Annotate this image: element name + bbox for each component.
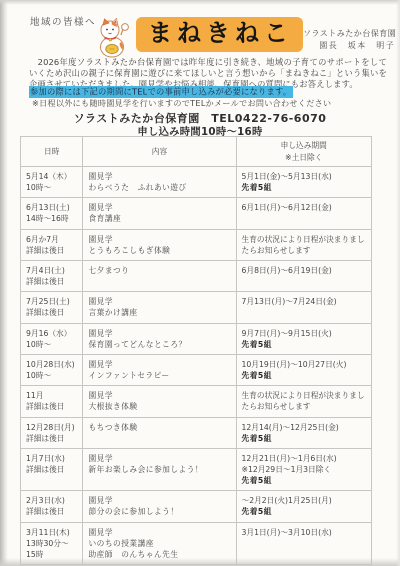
logo-title: まねきねこ: [136, 17, 303, 52]
cell-line: 3月11日(木): [26, 528, 70, 537]
cell-line: 15時: [26, 550, 43, 559]
cell-content: 園見学インファントセラピー: [83, 354, 236, 385]
org-block: ソラストみたか台保育園 園長 坂本 明子: [303, 17, 400, 53]
cell-period: 10月19日(月)～10月27日(火)先着5組: [236, 354, 372, 385]
cell-datetime: 6月13日(土)14時～16時: [21, 198, 83, 229]
cell-line: 12月21日(月)～1月6日(水): [242, 454, 337, 463]
flyer-page: 地域の皆様へ: [0, 0, 400, 566]
cell-period: 12月21日(月)～1月6日(水)※12月29日～1月3日除く先着5組: [236, 448, 372, 490]
cell-line: 6月13日(土): [26, 203, 70, 212]
cell-datetime: 9月16（水）10時～: [21, 323, 83, 354]
cell-line: 詳細は後日: [26, 402, 64, 411]
cell-line: 3月1日(月)～3月10日(水): [242, 528, 332, 537]
cell-line: 先着5組: [242, 183, 272, 192]
cell-line: 園見学: [88, 203, 113, 212]
table-row: 10月28日(水)10時～園見学インファントセラピー10月19日(月)～10月2…: [21, 354, 372, 385]
cell-line: 9月16（水）: [26, 329, 71, 338]
cell-line: 大根抜き体験: [88, 402, 137, 411]
cell-content: 園見学新年お楽しみ会に参加しよう！: [83, 448, 236, 490]
cell-line: 11月: [26, 391, 43, 400]
table-header-row: 日時内容申し込み期間※土日除く: [21, 137, 372, 167]
cell-line: 先着5組: [242, 476, 272, 485]
column-header: 日時: [21, 137, 83, 167]
org-head: 園長 坂本 明子: [303, 40, 396, 52]
table-row: 12月28日(月)詳細は後日もちつき体験12月14(月)～12月25日(金)先着…: [21, 417, 372, 448]
cell-line: 10時～: [26, 340, 51, 349]
table-row: 7月25日(土)詳細は後日園見学言葉かけ講座7月13日(月)～7月24日(金): [21, 292, 372, 323]
cell-line: いのちの授業講座: [88, 539, 154, 548]
cell-datetime: 6月か7月詳細は後日: [21, 229, 83, 260]
cell-content: 七夕まつり: [83, 260, 236, 291]
cell-line: 10時～: [26, 183, 51, 192]
cell-line: 園見学: [88, 454, 113, 463]
cell-datetime: 10月28日(水)10時～: [21, 354, 83, 385]
cell-line: わらべうた ふれあい遊び: [88, 183, 186, 192]
cell-line: 園見学: [88, 329, 113, 338]
cell-line: 先着5組: [242, 371, 272, 380]
cell-period: 6月8日(月)～6月19日(金): [236, 260, 372, 291]
cell-line: 七夕まつり: [88, 266, 129, 275]
cell-line: とうもろこしもぎ体験: [88, 246, 170, 255]
cell-line: 5月1日(金)～5月13日(水): [242, 172, 332, 181]
cell-line: 保育園ってどんなところ？: [88, 340, 186, 349]
cell-content: 園見学保育園ってどんなところ？: [83, 323, 236, 354]
table-row: 5月14（木）10時～園見学わらべうた ふれあい遊び5月1日(金)～5月13日(…: [21, 167, 372, 198]
cell-line: 園見学: [88, 360, 113, 369]
scan-edge-top: [0, 0, 400, 5]
table-row: 7月4日(土)詳細は後日七夕まつり6月8日(月)～6月19日(金): [21, 260, 372, 291]
cell-line: 7月25日(土): [26, 297, 70, 306]
cell-period: 9月7日(月)～9月15日(火)先着5組: [236, 323, 372, 354]
cell-line: 14時～16時: [26, 214, 69, 223]
cell-datetime: 7月4日(土)詳細は後日: [21, 260, 83, 291]
cell-datetime: 2月3日(水)詳細は後日: [21, 491, 83, 522]
maneki-neko-cat-icon: [95, 18, 132, 58]
cell-line: インファントセラピー: [88, 371, 169, 380]
cell-period: 3月1日(月)～3月10日(水): [236, 522, 372, 564]
cell-line: 日時: [44, 147, 59, 156]
cell-line: ※12月29日～1月3日除く: [242, 465, 332, 474]
cell-line: 6月か7月: [26, 235, 59, 244]
cell-line: 詳細は後日: [26, 246, 64, 255]
cell-line: 12月28日(月): [26, 423, 75, 432]
cell-line: 先着5組: [242, 340, 272, 349]
cell-line: 園見学: [88, 528, 113, 537]
cell-line: 9月7日(月)～9月15日(火): [242, 329, 332, 338]
cell-datetime: 7月25日(土)詳細は後日: [21, 292, 83, 323]
cell-period: 12月14(月)～12月25日(金)先着5組: [236, 417, 372, 448]
cell-datetime: 3月11日(木)13時30分～15時: [21, 522, 83, 564]
cell-line: 詳細は後日: [26, 434, 64, 443]
table-row: 6月か7月詳細は後日園見学とうもろこしもぎ体験生育の状況により日程が決まりました…: [21, 229, 372, 260]
cell-datetime: 1月7日(水)詳細は後日: [21, 448, 83, 490]
cell-line: ※土日除く: [285, 153, 322, 162]
scan-edge-right: [396, 0, 400, 566]
cell-line: 7月13日(月)～7月24日(金): [242, 297, 337, 306]
table-row: 1月7日(水)詳細は後日園見学新年お楽しみ会に参加しよう！12月21日(月)～1…: [21, 448, 372, 490]
cell-line: 園見学: [88, 172, 113, 181]
scan-edge-left: [0, 0, 8, 566]
table-row: 9月16（水）10時～園見学保育園ってどんなところ？9月7日(月)～9月15日(…: [21, 323, 372, 354]
cell-content: 園見学わらべうた ふれあい遊び: [83, 167, 236, 198]
cell-line: 1月7日(水): [26, 454, 65, 463]
cell-line: 12月14(月)～12月25日(金): [242, 423, 339, 432]
table-row: 3月11日(木)13時30分～15時園見学いのちの授業講座助産師 のんちゃん先生…: [21, 522, 372, 564]
cell-line: 生育の状況により日程が決まりましたらお知らせします: [242, 391, 365, 411]
cell-line: 園見学: [88, 235, 113, 244]
cell-period: 5月1日(金)～5月13日(水)先着5組: [236, 167, 372, 198]
cell-content: 園見学とうもろこしもぎ体験: [83, 229, 236, 260]
cell-line: 言葉かけ講座: [88, 308, 137, 317]
table-body: 5月14（木）10時～園見学わらべうた ふれあい遊び5月1日(金)～5月13日(…: [21, 167, 372, 565]
column-header: 申し込み期間※土日除く: [236, 137, 372, 167]
cell-datetime: 12月28日(月)詳細は後日: [21, 417, 83, 448]
cell-line: 新年お楽しみ会に参加しよう！: [88, 465, 203, 474]
table-row: 6月13日(土)14時～16時園見学食育講座6月1日(月)～6月12日(金): [21, 198, 372, 229]
table-row: 2月3日(水)詳細は後日園見学節分の会に参加しよう！～2月2日(火)1月25日(…: [21, 491, 372, 522]
cell-line: 5月14（木）: [26, 172, 71, 181]
cell-period: ～2月2日(火)1月25日(月)先着5組: [236, 491, 372, 522]
cell-line: 詳細は後日: [26, 507, 64, 516]
cell-line: 7月4日(土): [26, 266, 65, 275]
cell-line: 内容: [152, 147, 167, 156]
table-row: 11月詳細は後日園見学大根抜き体験生育の状況により日程が決まりましたらお知らせし…: [21, 386, 372, 417]
cell-period: 生育の状況により日程が決まりましたらお知らせします: [236, 229, 372, 260]
cell-line: 10月19日(月)～10月27日(火): [242, 360, 347, 369]
cell-line: ～2月2日(火)1月25日(月): [242, 496, 332, 505]
logo-row: まねきねこ ソラストみたか台保育園 園長 坂本 明子: [95, 17, 394, 58]
cell-line: 6月1日(月)～6月12日(金): [242, 203, 332, 212]
cell-line: 助産師 のんちゃん先生: [88, 550, 178, 559]
cell-content: 園見学節分の会に参加しよう！: [83, 491, 236, 522]
cell-content: 園見学いのちの授業講座助産師 のんちゃん先生: [83, 522, 236, 564]
cell-content: 園見学食育講座: [83, 198, 236, 229]
cell-line: 先着5組: [242, 434, 272, 443]
cell-line: 詳細は後日: [26, 308, 64, 317]
cell-line: 園見学: [88, 297, 113, 306]
cell-line: 食育講座: [88, 214, 121, 223]
highlight-notice: 参加の際には下記の期間にTELでの事前申し込みが必要になります。: [29, 86, 293, 98]
cell-line: 10月28日(水): [26, 360, 75, 369]
column-header: 内容: [83, 137, 236, 167]
note-line: ※日程以外にも随時園見学を行いますのでTELかメールでお問い合わせください: [32, 98, 331, 109]
org-name: ソラストみたか台保育園: [303, 28, 396, 40]
cell-line: 詳細は後日: [26, 277, 64, 286]
cell-content: 園見学言葉かけ講座: [83, 292, 236, 323]
cell-line: 園見学: [88, 496, 113, 505]
cell-datetime: 5月14（木）10時～: [21, 167, 83, 198]
audience-label: 地域の皆様へ: [30, 14, 96, 28]
cell-line: 節分の会に参加しよう！: [88, 507, 178, 516]
cell-period: 6月1日(月)～6月12日(金): [236, 198, 372, 229]
cell-line: 申し込み期間: [281, 141, 327, 150]
cell-line: 2月3日(水): [26, 496, 65, 505]
schedule-table: 日時内容申し込み期間※土日除く 5月14（木）10時～園見学わらべうた ふれあい…: [20, 136, 372, 565]
cell-line: 詳細は後日: [26, 465, 64, 474]
cell-line: 生育の状況により日程が決まりましたらお知らせします: [242, 235, 365, 255]
cell-line: 10時～: [26, 371, 51, 380]
cell-line: 6月8日(月)～6月19日(金): [242, 266, 332, 275]
cell-line: 園見学: [88, 391, 113, 400]
cell-content: もちつき体験: [83, 417, 236, 448]
cell-content: 園見学大根抜き体験: [83, 386, 236, 417]
cell-line: 13時30分～: [26, 539, 69, 548]
cell-datetime: 11月詳細は後日: [21, 386, 83, 417]
highlight-line: 参加の際には下記の期間にTELでの事前申し込みが必要になります。: [29, 87, 293, 98]
cell-line: もちつき体験: [88, 423, 137, 432]
cell-period: 生育の状況により日程が決まりましたらお知らせします: [236, 386, 372, 417]
cell-line: 先着5組: [242, 507, 272, 516]
cell-period: 7月13日(月)～7月24日(金): [236, 292, 372, 323]
